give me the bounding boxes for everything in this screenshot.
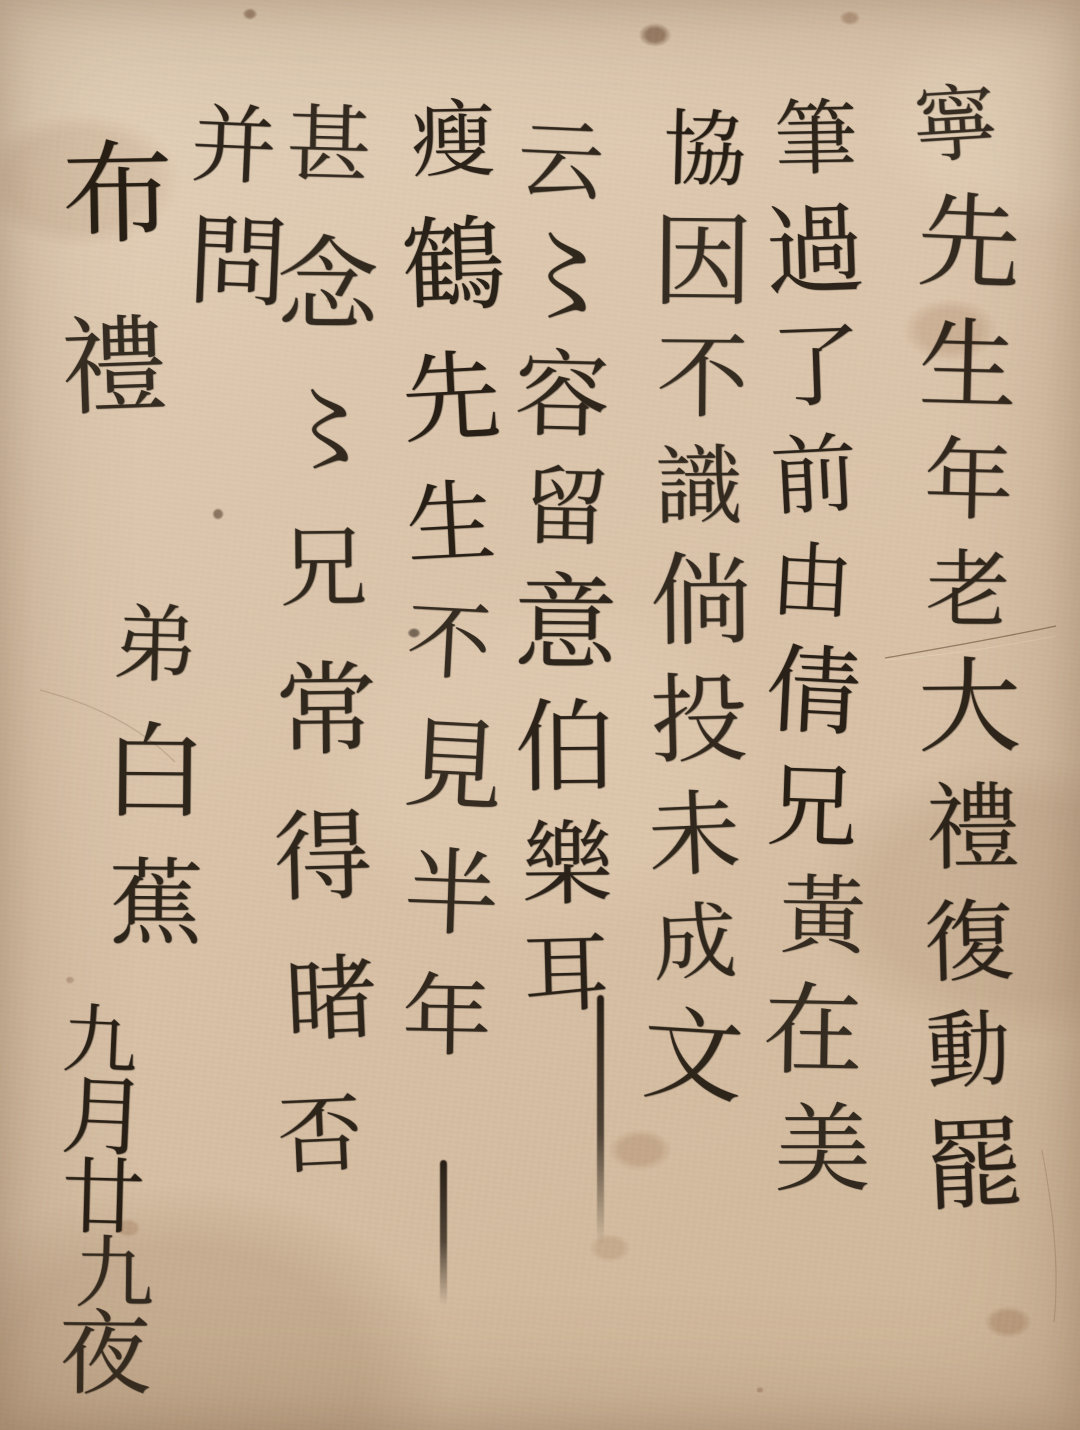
calligraphy-column-10: 九月廿九夜 bbox=[46, 1000, 156, 1430]
calligraphy-character: 大 bbox=[900, 651, 1019, 755]
calligraphy-character: 識 bbox=[641, 440, 742, 528]
calligraphy-character: 先 bbox=[899, 184, 1022, 292]
calligraphy-character: 由 bbox=[755, 535, 853, 622]
calligraphy-character: 耳 bbox=[507, 927, 608, 1016]
calligraphy-character: 文 bbox=[623, 998, 745, 1106]
calligraphy-character: 留 bbox=[507, 460, 608, 549]
calligraphy-character: 美 bbox=[760, 1098, 870, 1194]
calligraphy-character: 過 bbox=[747, 196, 864, 299]
manuscript-paper: 寧先生年老大禮復動罷筆過了前由倩兄黃在美協因不識倘投未成文云〻容留意伯樂耳瘦鶴先… bbox=[0, 0, 1080, 1430]
calligraphy-character: 蕉 bbox=[92, 853, 201, 948]
calligraphy-character: 暏 bbox=[268, 948, 379, 1046]
calligraphy-character: 罷 bbox=[905, 1111, 1023, 1215]
calligraphy-column-4: 云〻容留意伯樂耳 bbox=[496, 114, 624, 1100]
calligraphy-character: 鶴 bbox=[383, 209, 505, 316]
calligraphy-character: 生 bbox=[391, 473, 498, 567]
calligraphy-character: 白 bbox=[86, 716, 205, 820]
calligraphy-character: 協 bbox=[648, 104, 746, 189]
calligraphy-character: 九 bbox=[61, 1230, 153, 1310]
calligraphy-character: 見 bbox=[385, 710, 504, 815]
calligraphy-character: 年 bbox=[388, 968, 492, 1059]
calligraphy-character: 禮 bbox=[42, 308, 168, 418]
calligraphy-character: 前 bbox=[754, 428, 857, 519]
calligraphy-character: 不 bbox=[641, 328, 748, 421]
calligraphy-character: 成 bbox=[637, 896, 737, 984]
calligraphy-character: 弟 bbox=[99, 599, 198, 685]
calligraphy-character: 并 bbox=[176, 98, 277, 187]
calligraphy-character: 云 bbox=[501, 113, 604, 203]
calligraphy-character: 得 bbox=[256, 803, 371, 904]
calligraphy-character: 問 bbox=[170, 206, 288, 310]
calligraphy-character: 未 bbox=[632, 783, 742, 880]
calligraphy-character: 復 bbox=[910, 893, 1015, 985]
calligraphy-character: 瘦 bbox=[397, 94, 495, 180]
calligraphy-column-8: 布禮 bbox=[45, 135, 173, 480]
calligraphy-character: 黃 bbox=[764, 869, 864, 957]
calligraphy-column-7: 并問 bbox=[167, 100, 283, 351]
calligraphy-character: 甚 bbox=[272, 99, 371, 185]
calligraphy-character: 否 bbox=[261, 1088, 362, 1177]
calligraphy-character: 容 bbox=[498, 343, 610, 441]
calligraphy-character: 筆 bbox=[760, 94, 856, 178]
calligraphy-character: 投 bbox=[633, 667, 747, 767]
calligraphy-character: 生 bbox=[901, 311, 1016, 412]
calligraphy-character: 年 bbox=[910, 432, 1015, 524]
calligraphy-character: 老 bbox=[912, 545, 1009, 630]
ink-stroke-tail bbox=[597, 995, 604, 1245]
calligraphy-character: 月 bbox=[45, 1068, 149, 1159]
calligraphy-character: 了 bbox=[754, 316, 862, 411]
calligraphy-character: 廿 bbox=[47, 1151, 145, 1236]
calligraphy-character: 動 bbox=[911, 1004, 1011, 1092]
calligraphy-character: 兄 bbox=[750, 756, 858, 851]
calligraphy-character: 九 bbox=[49, 998, 138, 1077]
calligraphy-character: 〻 bbox=[265, 380, 373, 474]
calligraphy-character: 夜 bbox=[44, 1305, 151, 1398]
calligraphy-column-3: 協因不識倘投未成文 bbox=[625, 105, 751, 1181]
calligraphy-character: 倘 bbox=[634, 547, 751, 649]
calligraphy-character: 在 bbox=[746, 976, 863, 1078]
calligraphy-character: 〻 bbox=[497, 220, 616, 325]
calligraphy-character: 先 bbox=[383, 343, 501, 447]
calligraphy-character: 常 bbox=[258, 655, 376, 758]
calligraphy-column-2: 筆過了前由倩兄黃在美 bbox=[752, 95, 867, 1300]
calligraphy-character: 意 bbox=[496, 568, 616, 673]
calligraphy-column-9: 弟白蕉 bbox=[83, 599, 205, 1010]
calligraphy-columns: 寧先生年老大禮復動罷筆過了前由倩兄黃在美協因不識倘投未成文云〻容留意伯樂耳瘦鶴先… bbox=[0, 0, 1080, 1430]
ink-stroke-tail bbox=[440, 1160, 447, 1305]
calligraphy-character: 布 bbox=[42, 134, 172, 247]
calligraphy-character: 因 bbox=[636, 208, 752, 309]
calligraphy-column-1: 寧先生年老大禮復動罷 bbox=[894, 80, 1023, 1346]
calligraphy-character: 不 bbox=[392, 594, 493, 683]
calligraphy-column-5: 瘦鶴先生不見半年 bbox=[382, 95, 500, 1180]
calligraphy-character: 寧 bbox=[897, 77, 999, 167]
calligraphy-character: 樂 bbox=[506, 815, 611, 907]
calligraphy-character: 伯 bbox=[498, 694, 614, 795]
calligraphy-character: 兄 bbox=[266, 520, 368, 609]
calligraphy-character: 禮 bbox=[909, 777, 1018, 872]
calligraphy-character: 倩 bbox=[748, 638, 863, 740]
calligraphy-character: 半 bbox=[387, 841, 498, 939]
